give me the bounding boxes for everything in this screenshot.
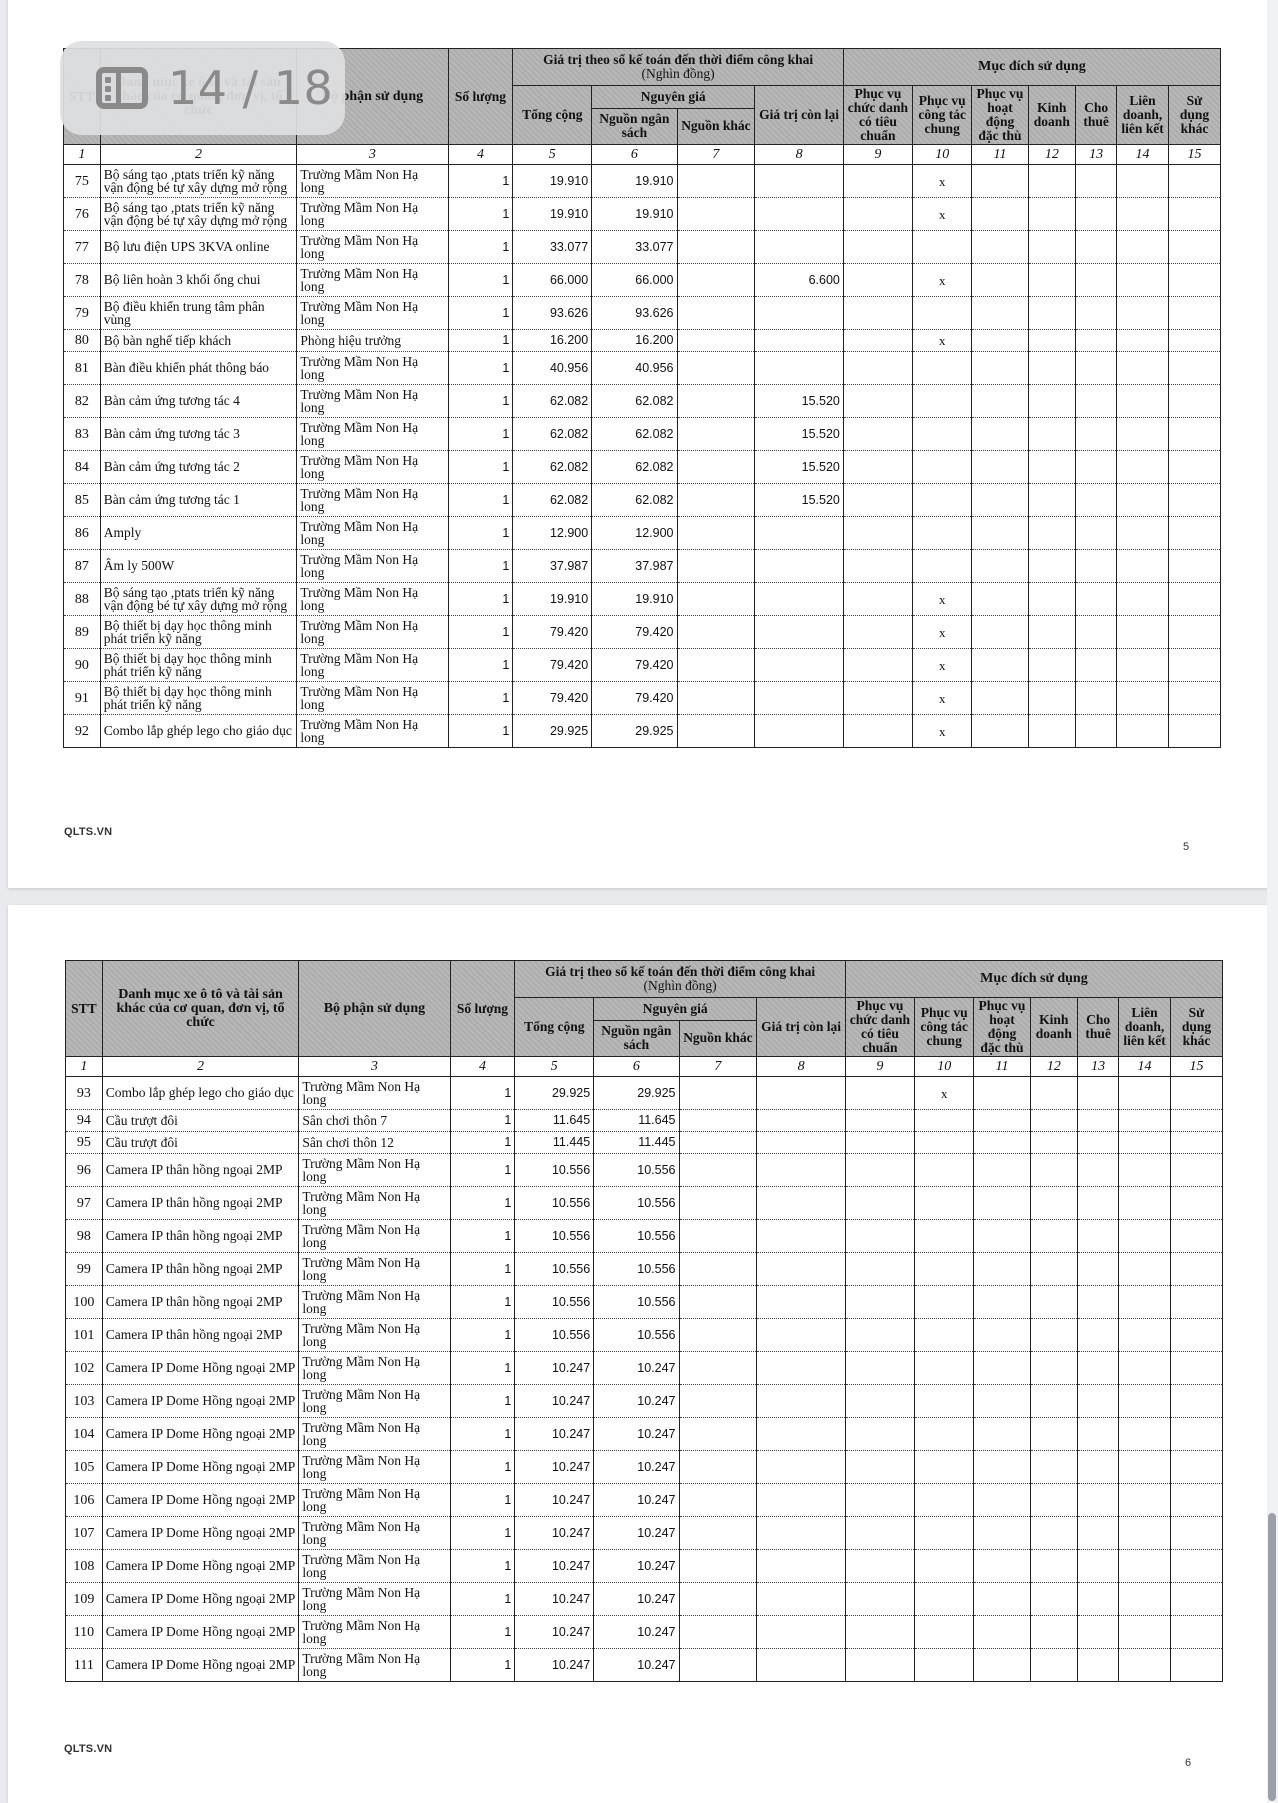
cell-p11: [974, 1077, 1030, 1110]
cell-p11: [974, 1451, 1030, 1484]
cell-p14: [1117, 231, 1169, 264]
cell-budget: 10.247: [594, 1517, 679, 1550]
cell-p13: [1076, 198, 1117, 231]
cell-name: Camera IP Dome Hồng ngoại 2MP: [102, 1418, 299, 1451]
cell-name: Bộ liên hoàn 3 khối ống chui: [100, 264, 297, 297]
column-number: 3: [297, 145, 448, 165]
document-page-6: STT Danh mục xe ô tô và tài sản khác của…: [8, 905, 1270, 1803]
cell-p11: [972, 297, 1028, 330]
table-row: 96Camera IP thân hồng ngoại 2MPTrường Mầ…: [66, 1154, 1223, 1187]
cell-name: Camera IP thân hồng ngoại 2MP: [102, 1253, 299, 1286]
cell-p13: [1078, 1484, 1119, 1517]
cell-p13: [1078, 1583, 1119, 1616]
table-row: 105Camera IP Dome Hồng ngoại 2MPTrường M…: [66, 1451, 1223, 1484]
cell-dept: Trường Mầm Non Hạ long: [297, 352, 448, 385]
column-number: 5: [513, 145, 592, 165]
cell-p10: [912, 231, 971, 264]
cell-p12: [1030, 1352, 1078, 1385]
cell-budget: 10.556: [594, 1154, 679, 1187]
cell-p13: [1076, 484, 1117, 517]
cell-p14: [1119, 1616, 1171, 1649]
cell-total: 66.000: [513, 264, 592, 297]
column-number: 15: [1170, 1057, 1222, 1077]
cell-p15: [1170, 1154, 1222, 1187]
cell-p13: [1076, 418, 1117, 451]
cell-p12: [1028, 517, 1076, 550]
cell-p12: [1030, 1484, 1078, 1517]
cell-residual: [757, 1550, 846, 1583]
cell-p11: [974, 1517, 1030, 1550]
header-p9: Phục vụ chức danh có tiêu chuẩn: [845, 998, 914, 1057]
cell-p15: [1168, 418, 1220, 451]
cell-dept: Trường Mầm Non Hạ long: [297, 715, 448, 748]
cell-p13: [1076, 297, 1117, 330]
cell-p13: [1078, 1550, 1119, 1583]
cell-p12: [1028, 682, 1076, 715]
table-row: 87Âm ly 500WTrường Mầm Non Hạ long137.98…: [64, 550, 1221, 583]
cell-stt: 83: [64, 418, 101, 451]
cell-p14: [1117, 550, 1169, 583]
cell-residual: [755, 550, 844, 583]
cell-p9: [845, 1484, 914, 1517]
cell-p13: [1076, 649, 1117, 682]
cell-p15: [1168, 231, 1220, 264]
cell-p11: [974, 1352, 1030, 1385]
column-number: 12: [1030, 1057, 1078, 1077]
cell-p12: [1030, 1385, 1078, 1418]
cell-p13: [1078, 1220, 1119, 1253]
vertical-scrollbar[interactable]: [1267, 0, 1278, 1803]
cell-name: Camera IP Dome Hồng ngoại 2MP: [102, 1583, 299, 1616]
cell-total: 10.556: [515, 1319, 594, 1352]
cell-total: 10.556: [515, 1187, 594, 1220]
cell-p11: [972, 418, 1028, 451]
cell-p10: [914, 1649, 973, 1682]
cell-p13: [1076, 616, 1117, 649]
cell-p9: [845, 1110, 914, 1132]
column-number: 15: [1168, 145, 1220, 165]
cell-stt: 77: [64, 231, 101, 264]
cell-p15: [1168, 517, 1220, 550]
cell-residual: 15.520: [755, 484, 844, 517]
cell-qty: 1: [448, 517, 513, 550]
cell-name: Camera IP thân hồng ngoại 2MP: [102, 1286, 299, 1319]
cell-other: [677, 715, 755, 748]
cell-dept: Trường Mầm Non Hạ long: [297, 297, 448, 330]
cell-p12: [1028, 484, 1076, 517]
cell-p14: [1119, 1319, 1171, 1352]
table-row: 104Camera IP Dome Hồng ngoại 2MPTrường M…: [66, 1418, 1223, 1451]
cell-budget: 10.247: [594, 1616, 679, 1649]
header-p11: Phục vụ hoạt động đặc thù: [972, 86, 1028, 145]
cell-other: [677, 616, 755, 649]
cell-p10: [914, 1583, 973, 1616]
cell-p9: [843, 198, 912, 231]
cell-p13: [1078, 1154, 1119, 1187]
cell-dept: Trường Mầm Non Hạ long: [297, 583, 448, 616]
cell-dept: Trường Mầm Non Hạ long: [297, 165, 448, 198]
cell-p10: [914, 1616, 973, 1649]
cell-dept: Trường Mầm Non Hạ long: [299, 1649, 450, 1682]
cell-budget: 10.556: [594, 1319, 679, 1352]
cell-budget: 10.247: [594, 1451, 679, 1484]
table-row: 98Camera IP thân hồng ngoại 2MPTrường Mầ…: [66, 1220, 1223, 1253]
cell-total: 16.200: [513, 330, 592, 352]
cell-name: Amply: [100, 517, 297, 550]
cell-budget: 29.925: [592, 715, 677, 748]
cell-other: [679, 1319, 757, 1352]
cell-p10: [914, 1517, 973, 1550]
cell-dept: Trường Mầm Non Hạ long: [297, 682, 448, 715]
cell-p9: [843, 616, 912, 649]
asset-table-page-6: STT Danh mục xe ô tô và tài sản khác của…: [65, 960, 1223, 1682]
cell-residual: [757, 1220, 846, 1253]
cell-stt: 94: [66, 1110, 103, 1132]
cell-p14: [1117, 451, 1169, 484]
cell-p12: [1028, 297, 1076, 330]
cell-other: [677, 583, 755, 616]
table-row: 76Bộ sáng tạo ,ptats triển kỹ năng vận đ…: [64, 198, 1221, 231]
cell-p11: [972, 385, 1028, 418]
cell-p15: [1170, 1484, 1222, 1517]
cell-stt: 101: [66, 1319, 103, 1352]
cell-total: 10.247: [515, 1517, 594, 1550]
cell-other: [677, 231, 755, 264]
cell-name: Camera IP Dome Hồng ngoại 2MP: [102, 1484, 299, 1517]
table-row: 97Camera IP thân hồng ngoại 2MPTrường Mầ…: [66, 1187, 1223, 1220]
column-number: 1: [66, 1057, 103, 1077]
cell-residual: [755, 198, 844, 231]
header-stt: STT: [66, 961, 103, 1057]
cell-qty: 1: [450, 1418, 515, 1451]
cell-p15: [1170, 1187, 1222, 1220]
cell-p10: x: [912, 198, 971, 231]
cell-stt: 80: [64, 330, 101, 352]
cell-residual: [755, 616, 844, 649]
cell-name: Bộ thiết bị dạy học thông minh phát triể…: [100, 649, 297, 682]
header-value-group: Giá trị theo sổ kế toán đến thời điểm cô…: [513, 49, 844, 86]
cell-total: 10.247: [515, 1649, 594, 1682]
cell-p9: [843, 385, 912, 418]
cell-residual: [755, 583, 844, 616]
cell-other: [679, 1484, 757, 1517]
cell-p9: [845, 1286, 914, 1319]
cell-stt: 105: [66, 1451, 103, 1484]
cell-p14: [1117, 330, 1169, 352]
cell-p12: [1028, 649, 1076, 682]
cell-p10: [914, 1385, 973, 1418]
cell-dept: Trường Mầm Non Hạ long: [299, 1385, 450, 1418]
cell-qty: 1: [450, 1616, 515, 1649]
cell-p9: [843, 517, 912, 550]
cell-stt: 111: [66, 1649, 103, 1682]
cell-p10: x: [912, 330, 971, 352]
sidebar-thumbnails-icon[interactable]: [96, 67, 148, 109]
cell-p11: [974, 1286, 1030, 1319]
cell-other: [677, 418, 755, 451]
column-number: 11: [972, 145, 1028, 165]
cell-qty: 1: [450, 1385, 515, 1418]
column-number: 4: [448, 145, 513, 165]
cell-p15: [1168, 550, 1220, 583]
cell-p12: [1030, 1451, 1078, 1484]
cell-p13: [1076, 451, 1117, 484]
cell-p14: [1119, 1220, 1171, 1253]
cell-p15: [1170, 1418, 1222, 1451]
cell-p10: x: [912, 616, 971, 649]
table-row: 93Combo lắp ghép lego cho giáo dụcTrường…: [66, 1077, 1223, 1110]
cell-p11: [974, 1154, 1030, 1187]
cell-other: [677, 682, 755, 715]
cell-p9: [845, 1253, 914, 1286]
cell-other: [677, 297, 755, 330]
cell-p10: [914, 1154, 973, 1187]
column-number-row: 123456789101112131415: [66, 1057, 1223, 1077]
cell-qty: 1: [448, 583, 513, 616]
table-row: 100Camera IP thân hồng ngoại 2MPTrường M…: [66, 1286, 1223, 1319]
cell-dept: Trường Mầm Non Hạ long: [299, 1352, 450, 1385]
cell-p11: [974, 1187, 1030, 1220]
cell-stt: 104: [66, 1418, 103, 1451]
cell-other: [679, 1187, 757, 1220]
cell-p13: [1076, 165, 1117, 198]
table-row: 85Bàn cảm ứng tương tác 1Trường Mầm Non …: [64, 484, 1221, 517]
header-p14: Liên doanh, liên kết: [1119, 998, 1171, 1057]
column-number: 7: [677, 145, 755, 165]
cell-p13: [1078, 1077, 1119, 1110]
cell-stt: 103: [66, 1385, 103, 1418]
cell-budget: 10.247: [594, 1352, 679, 1385]
cell-qty: 1: [450, 1319, 515, 1352]
cell-p15: [1168, 649, 1220, 682]
cell-stt: 93: [66, 1077, 103, 1110]
cell-p14: [1119, 1187, 1171, 1220]
cell-dept: Trường Mầm Non Hạ long: [297, 550, 448, 583]
cell-p13: [1078, 1352, 1119, 1385]
cell-residual: [757, 1352, 846, 1385]
cell-stt: 91: [64, 682, 101, 715]
cell-name: Bộ bàn nghế tiếp khách: [100, 330, 297, 352]
cell-total: 29.925: [515, 1077, 594, 1110]
cell-other: [677, 484, 755, 517]
cell-qty: 1: [450, 1253, 515, 1286]
cell-p12: [1030, 1077, 1078, 1110]
column-number: 13: [1076, 145, 1117, 165]
cell-other: [679, 1649, 757, 1682]
table-row: 110Camera IP Dome Hồng ngoại 2MPTrường M…: [66, 1616, 1223, 1649]
cell-p14: [1119, 1451, 1171, 1484]
cell-p15: [1168, 264, 1220, 297]
cell-stt: 81: [64, 352, 101, 385]
cell-p9: [843, 715, 912, 748]
cell-p13: [1076, 517, 1117, 550]
cell-p15: [1168, 451, 1220, 484]
column-number: 8: [757, 1057, 846, 1077]
column-number: 14: [1119, 1057, 1171, 1077]
column-number: 6: [594, 1057, 679, 1077]
cell-p11: [972, 682, 1028, 715]
cell-p9: [843, 649, 912, 682]
header-quantity: Số lượng: [450, 961, 515, 1057]
cell-other: [679, 1132, 757, 1154]
cell-total: 40.956: [513, 352, 592, 385]
cell-dept: Sân chơi thôn 7: [299, 1110, 450, 1132]
footer-brand: QLTS.VN: [64, 826, 112, 838]
cell-p10: [914, 1132, 973, 1154]
scrollbar-thumb[interactable]: [1268, 1513, 1276, 1801]
cell-total: 10.247: [515, 1451, 594, 1484]
cell-budget: 10.556: [594, 1253, 679, 1286]
cell-residual: [755, 165, 844, 198]
cell-residual: 15.520: [755, 385, 844, 418]
cell-budget: 11.645: [594, 1110, 679, 1132]
cell-other: [677, 330, 755, 352]
cell-p14: [1117, 264, 1169, 297]
cell-name: Bộ thiết bị dạy học thông minh phát triể…: [100, 682, 297, 715]
cell-qty: 1: [448, 649, 513, 682]
cell-p12: [1030, 1187, 1078, 1220]
column-number: 10: [914, 1057, 973, 1077]
cell-residual: [757, 1451, 846, 1484]
table-row: 108Camera IP Dome Hồng ngoại 2MPTrường M…: [66, 1550, 1223, 1583]
cell-p10: [912, 385, 971, 418]
cell-p11: [974, 1132, 1030, 1154]
header-p13: Cho thuê: [1076, 86, 1117, 145]
cell-p12: [1030, 1649, 1078, 1682]
table-row: 101Camera IP thân hồng ngoại 2MPTrường M…: [66, 1319, 1223, 1352]
cell-budget: 10.247: [594, 1484, 679, 1517]
cell-p12: [1030, 1220, 1078, 1253]
cell-residual: [755, 330, 844, 352]
header-residual: Giá trị còn lại: [755, 86, 844, 145]
cell-p13: [1076, 385, 1117, 418]
cell-p15: [1170, 1077, 1222, 1110]
cell-p11: [974, 1319, 1030, 1352]
table-row: 109Camera IP Dome Hồng ngoại 2MPTrường M…: [66, 1583, 1223, 1616]
cell-p13: [1078, 1253, 1119, 1286]
cell-budget: 93.626: [592, 297, 677, 330]
cell-p10: x: [912, 649, 971, 682]
page-indicator-badge[interactable]: 14 / 18: [60, 41, 345, 135]
cell-p15: [1170, 1352, 1222, 1385]
header-p9: Phục vụ chức danh có tiêu chuẩn: [843, 86, 912, 145]
cell-p9: [845, 1583, 914, 1616]
cell-total: 10.247: [515, 1385, 594, 1418]
cell-p14: [1119, 1253, 1171, 1286]
table-row: 88Bộ sáng tạo ,ptats triển kỹ năng vận đ…: [64, 583, 1221, 616]
cell-p9: [845, 1517, 914, 1550]
cell-name: Camera IP thân hồng ngoại 2MP: [102, 1187, 299, 1220]
column-number: 1: [64, 145, 101, 165]
cell-p12: [1028, 198, 1076, 231]
table-row: 94Cầu trượt đôiSân chơi thôn 7111.64511.…: [66, 1110, 1223, 1132]
column-number: 3: [299, 1057, 450, 1077]
cell-p12: [1028, 550, 1076, 583]
cell-p14: [1119, 1583, 1171, 1616]
cell-p10: [914, 1550, 973, 1583]
cell-p10: x: [912, 264, 971, 297]
header-purpose-group: Mục đích sử dụng: [843, 49, 1220, 86]
cell-p9: [845, 1616, 914, 1649]
cell-total: 10.556: [515, 1286, 594, 1319]
cell-p10: x: [912, 583, 971, 616]
cell-budget: 62.082: [592, 484, 677, 517]
page-number: 5: [1183, 841, 1189, 853]
cell-budget: 12.900: [592, 517, 677, 550]
table-row: 83Bàn cảm ứng tương tác 3Trường Mầm Non …: [64, 418, 1221, 451]
cell-p14: [1119, 1154, 1171, 1187]
table-row: 95Cầu trượt đôiSân chơi thôn 12111.44511…: [66, 1132, 1223, 1154]
cell-dept: Trường Mầm Non Hạ long: [297, 231, 448, 264]
cell-p9: [845, 1132, 914, 1154]
cell-p9: [845, 1077, 914, 1110]
cell-p11: [972, 198, 1028, 231]
cell-p10: [912, 484, 971, 517]
cell-dept: Trường Mầm Non Hạ long: [299, 1583, 450, 1616]
cell-p15: [1170, 1517, 1222, 1550]
cell-dept: Trường Mầm Non Hạ long: [299, 1253, 450, 1286]
cell-budget: 37.987: [592, 550, 677, 583]
cell-name: Bộ sáng tạo ,ptats triển kỹ năng vận độn…: [100, 165, 297, 198]
cell-residual: [757, 1253, 846, 1286]
cell-p9: [845, 1319, 914, 1352]
cell-p11: [974, 1418, 1030, 1451]
cell-total: 10.556: [515, 1220, 594, 1253]
cell-p13: [1078, 1319, 1119, 1352]
cell-budget: 19.910: [592, 165, 677, 198]
cell-budget: 33.077: [592, 231, 677, 264]
table-row: 102Camera IP Dome Hồng ngoại 2MPTrường M…: [66, 1352, 1223, 1385]
column-number: 6: [592, 145, 677, 165]
cell-stt: 84: [64, 451, 101, 484]
cell-p12: [1028, 418, 1076, 451]
cell-residual: [757, 1110, 846, 1132]
cell-p13: [1076, 715, 1117, 748]
column-number-row: 123456789101112131415: [64, 145, 1221, 165]
cell-stt: 87: [64, 550, 101, 583]
cell-p15: [1170, 1649, 1222, 1682]
cell-total: 29.925: [513, 715, 592, 748]
column-number: 13: [1078, 1057, 1119, 1077]
cell-p15: [1168, 198, 1220, 231]
header-quantity: Số lượng: [448, 49, 513, 145]
table-row: 89Bộ thiết bị dạy học thông minh phát tr…: [64, 616, 1221, 649]
cell-qty: 1: [448, 715, 513, 748]
cell-budget: 10.556: [594, 1286, 679, 1319]
cell-other: [679, 1220, 757, 1253]
cell-p15: [1170, 1220, 1222, 1253]
cell-total: 12.900: [513, 517, 592, 550]
cell-p9: [843, 352, 912, 385]
cell-residual: [755, 649, 844, 682]
cell-name: Camera IP Dome Hồng ngoại 2MP: [102, 1550, 299, 1583]
cell-budget: 10.247: [594, 1550, 679, 1583]
cell-p12: [1030, 1550, 1078, 1583]
cell-residual: 6.600: [755, 264, 844, 297]
header-residual: Giá trị còn lại: [757, 998, 846, 1057]
cell-p9: [843, 165, 912, 198]
cell-total: 10.556: [515, 1253, 594, 1286]
cell-residual: [757, 1187, 846, 1220]
cell-stt: 108: [66, 1550, 103, 1583]
cell-p10: [912, 352, 971, 385]
cell-other: [677, 550, 755, 583]
cell-other: [679, 1286, 757, 1319]
cell-stt: 97: [66, 1187, 103, 1220]
cell-p10: [914, 1220, 973, 1253]
cell-p13: [1076, 330, 1117, 352]
cell-p10: x: [912, 165, 971, 198]
